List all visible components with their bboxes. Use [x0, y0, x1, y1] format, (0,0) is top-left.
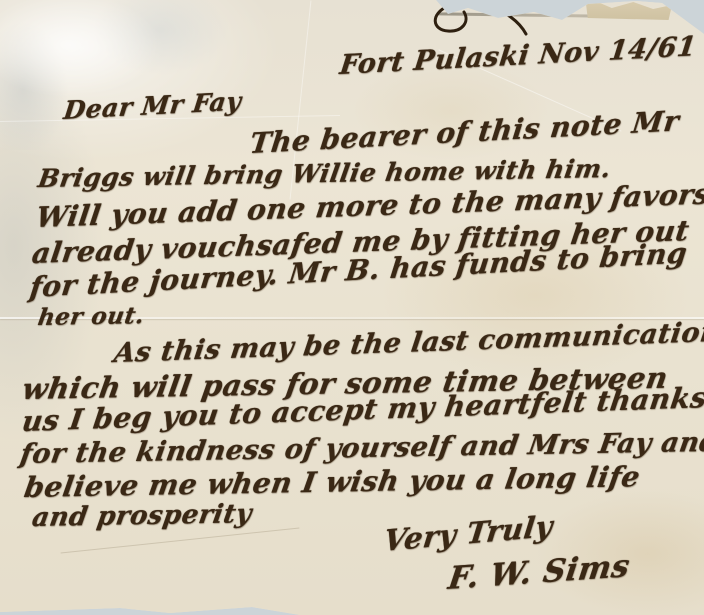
closing: Very Truly — [382, 509, 555, 558]
paper-crumple-area — [0, 0, 230, 150]
torn-paper-flap — [586, 0, 672, 20]
letter-line: her out. — [36, 302, 146, 331]
letter-paper: Fort Pulaski Nov 14/61 Dear Mr Fay The b… — [0, 0, 704, 615]
scanned-letter: Fort Pulaski Nov 14/61 Dear Mr Fay The b… — [0, 0, 704, 615]
signature: F. W. Sims — [446, 548, 632, 597]
letter-line: The bearer of this note Mr — [248, 104, 681, 160]
ink-flourish-mark — [408, 0, 538, 46]
letter-line: and prosperity — [30, 499, 254, 533]
